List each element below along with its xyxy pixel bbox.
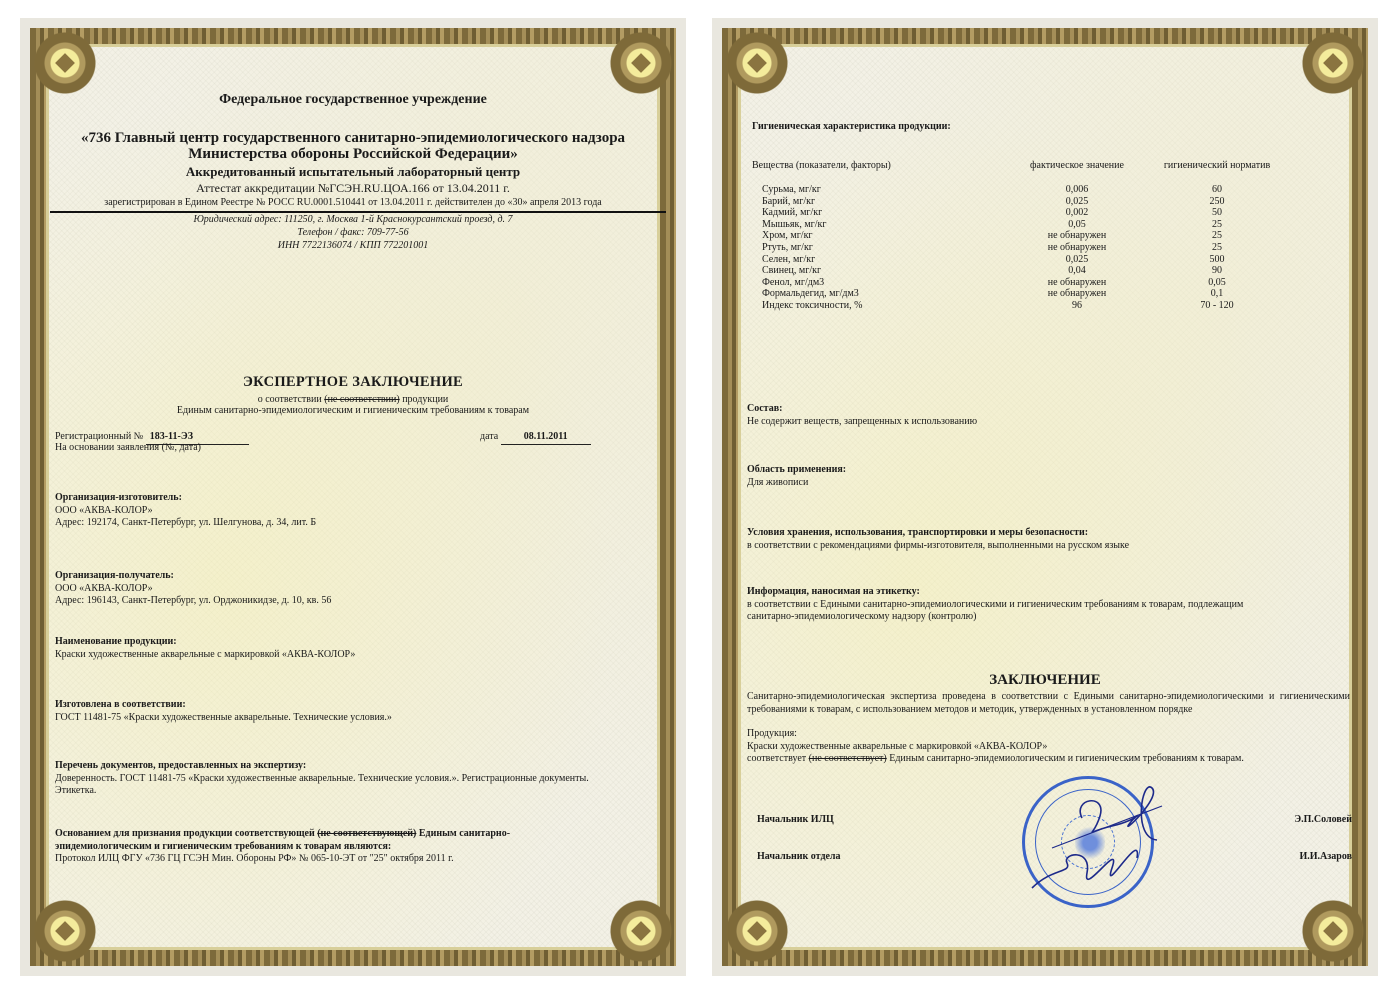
struck-text: (не соответствии) [324, 394, 399, 405]
table-row: Сурьма, мг/кг0,00660 [752, 184, 1338, 196]
table-cell-substance: Сурьма, мг/кг [762, 184, 821, 196]
table-cell-norm: 60 [1147, 184, 1287, 196]
struck-text: (не соответствующей) [317, 828, 416, 839]
table-cell-norm: 90 [1147, 265, 1287, 277]
table-cell-substance: Барий, мг/кг [762, 196, 815, 208]
section-line: Адрес: 196143, Санкт-Петербург, ул. Ордж… [55, 595, 646, 608]
header-divider [50, 211, 666, 213]
table-row: Барий, мг/кг0,025250 [752, 196, 1338, 208]
section-line: в соответствии с рекомендациями фирмы-из… [747, 540, 1338, 553]
page-2-content: Гигиеническая характеристика продукции: … [752, 18, 1338, 976]
table-cell-substance: Фенол, мг/дм3 [762, 277, 824, 289]
table-cell-norm: 500 [1147, 254, 1287, 266]
section-line: Краски художественные акварельные с марк… [55, 649, 646, 662]
section: Организация-получатель:ООО «АКВА-КОЛОР»А… [55, 570, 646, 608]
phone: Телефон / факс: 709-77-56 [60, 227, 646, 240]
section-line: в соответствии с Едиными санитарно-эпиде… [747, 599, 1338, 612]
section: Условия хранения, использования, транспо… [747, 527, 1338, 552]
lab-name: Аккредитованный испытательный лабораторн… [60, 166, 646, 179]
table-row: Кадмий, мг/кг0,00250 [752, 207, 1338, 219]
registration-date: дата 08.11.2011 [480, 431, 591, 445]
signatory-role: Начальник отдела [757, 851, 841, 864]
table-cell-actual: 0,002 [1012, 207, 1142, 219]
table-row: Свинец, мг/кг0,0490 [752, 265, 1338, 277]
table-row: Индекс токсичности, %9670 - 120 [752, 300, 1338, 312]
section-heading: Условия хранения, использования, транспо… [747, 527, 1338, 540]
table-cell-actual: 0,025 [1012, 254, 1142, 266]
section-heading: Изготовлена в соответствии: [55, 699, 646, 712]
section-line: Для живописи [747, 477, 1338, 490]
table-cell-norm: 50 [1147, 207, 1287, 219]
section: Организация-изготовитель:ООО «АКВА-КОЛОР… [55, 492, 646, 530]
table-cell-substance: Свинец, мг/кг [762, 265, 821, 277]
section-heading: Состав: [747, 403, 1338, 416]
section-heading: Наименование продукции: [55, 636, 646, 649]
section-heading: Область применения: [747, 464, 1338, 477]
conclusion-text: Санитарно-эпидемиологическая экспертиза … [747, 691, 1350, 716]
signatory-name: Э.П.Соловей [1294, 814, 1352, 827]
section: Состав:Не содержит веществ, запрещенных … [747, 403, 1338, 428]
product-verdict: Продукция: Краски художественные акварел… [747, 728, 1244, 766]
column-header: Вещества (показатели, факторы) [752, 160, 891, 173]
table-cell-substance: Мышьяк, мг/кг [762, 219, 827, 231]
application-basis: На основании заявления (№, дата) [55, 442, 201, 455]
table-cell-actual: 0,05 [1012, 219, 1142, 231]
page-1-content: Федеральное государственное учреждение «… [60, 18, 646, 976]
signatory-name: И.И.Азаров [1299, 851, 1352, 864]
table-cell-actual: не обнаружен [1012, 242, 1142, 254]
registry-line: зарегистрирован в Едином Реестре № РОСС … [40, 197, 666, 210]
accreditation: Аттестат аккредитации №ГСЭН.RU.ЦОА.166 о… [60, 182, 646, 195]
table-cell-substance: Хром, мг/кг [762, 230, 813, 242]
table-cell-actual: не обнаружен [1012, 277, 1142, 289]
table-cell-substance: Формальдегид, мг/дм3 [762, 288, 859, 300]
section: Наименование продукции:Краски художестве… [55, 636, 646, 661]
table-cell-actual: 0,025 [1012, 196, 1142, 208]
signature-icon [1012, 778, 1192, 898]
org-name-line1: «736 Главный центр государственного сани… [40, 132, 666, 145]
section-line: ООО «АКВА-КОЛОР» [55, 505, 646, 518]
table-cell-actual: 0,04 [1012, 265, 1142, 277]
table-cell-actual: не обнаружен [1012, 288, 1142, 300]
column-header: гигиенический норматив [1147, 160, 1287, 173]
section-heading: Организация-получатель: [55, 570, 646, 583]
date-value: 08.11.2011 [501, 431, 591, 445]
section-line: Не содержит веществ, запрещенных к испол… [747, 416, 1338, 429]
section-line: санитарно-эпидемиологическому надзору (к… [747, 611, 1338, 624]
section-heading: Перечень документов, предоставленных на … [55, 760, 646, 773]
hygiene-table: Сурьма, мг/кг0,00660Барий, мг/кг0,025250… [752, 184, 1338, 312]
table-row: Мышьяк, мг/кг0,0525 [752, 219, 1338, 231]
table-cell-norm: 25 [1147, 219, 1287, 231]
hygiene-title: Гигиеническая характеристика продукции: [752, 121, 951, 134]
column-header: фактическое значение [1012, 160, 1142, 173]
section-line: Доверенность. ГОСТ 11481-75 «Краски худо… [55, 773, 646, 786]
table-row: Ртуть, мг/кгне обнаружен25 [752, 242, 1338, 254]
signatory-role: Начальник ИЛЦ [757, 814, 834, 827]
section-line: ГОСТ 11481-75 «Краски художественные акв… [55, 712, 646, 725]
table-cell-actual: не обнаружен [1012, 230, 1142, 242]
table-cell-actual: 0,006 [1012, 184, 1142, 196]
table-cell-norm: 70 - 120 [1147, 300, 1287, 312]
section: Перечень документов, предоставленных на … [55, 760, 646, 798]
table-cell-actual: 96 [1012, 300, 1142, 312]
section-line: Этикетка. [55, 785, 646, 798]
section: Информация, наносимая на этикетку:в соот… [747, 586, 1338, 624]
table-cell-substance: Кадмий, мг/кг [762, 207, 822, 219]
table-row: Хром, мг/кгне обнаружен25 [752, 230, 1338, 242]
table-cell-substance: Индекс токсичности, % [762, 300, 862, 312]
table-cell-norm: 25 [1147, 242, 1287, 254]
legal-address: Юридический адрес: 111250, г. Москва 1-й… [60, 214, 646, 227]
section-line: ООО «АКВА-КОЛОР» [55, 583, 646, 596]
document-title: ЭКСПЕРТНОЕ ЗАКЛЮЧЕНИЕ [60, 376, 646, 389]
inn-kpp: ИНН 7722136074 / КПП 772201001 [60, 240, 646, 253]
conclusion-title: ЗАКЛЮЧЕНИЕ [752, 674, 1338, 687]
table-cell-substance: Ртуть, мг/кг [762, 242, 813, 254]
section-heading: Информация, наносимая на этикетку: [747, 586, 1338, 599]
table-row: Селен, мг/кг0,025500 [752, 254, 1338, 266]
table-cell-norm: 0,1 [1147, 288, 1287, 300]
certificate-page-2: Гигиеническая характеристика продукции: … [712, 18, 1378, 976]
org-name-line2: Министерства обороны Российской Федераци… [60, 148, 646, 161]
table-cell-norm: 250 [1147, 196, 1287, 208]
section: Изготовлена в соответствии:ГОСТ 11481-75… [55, 699, 646, 724]
institution-type: Федеральное государственное учреждение [60, 94, 646, 107]
table-row: Формальдегид, мг/дм3не обнаружен0,1 [752, 288, 1338, 300]
table-row: Фенол, мг/дм3не обнаружен0,05 [752, 277, 1338, 289]
basis-section: Основанием для признания продукции соотв… [55, 828, 646, 866]
section-line: Адрес: 192174, Санкт-Петербург, ул. Шелг… [55, 517, 646, 530]
section: Область применения:Для живописи [747, 464, 1338, 489]
struck-text: (не соответствует) [809, 753, 887, 764]
table-cell-substance: Селен, мг/кг [762, 254, 815, 266]
document-subtitle-2: Единым санитарно-эпидемиологическим и ги… [60, 405, 646, 418]
section-heading: Организация-изготовитель: [55, 492, 646, 505]
table-cell-norm: 0,05 [1147, 277, 1287, 289]
certificate-page-1: Федеральное государственное учреждение «… [20, 18, 686, 976]
table-cell-norm: 25 [1147, 230, 1287, 242]
